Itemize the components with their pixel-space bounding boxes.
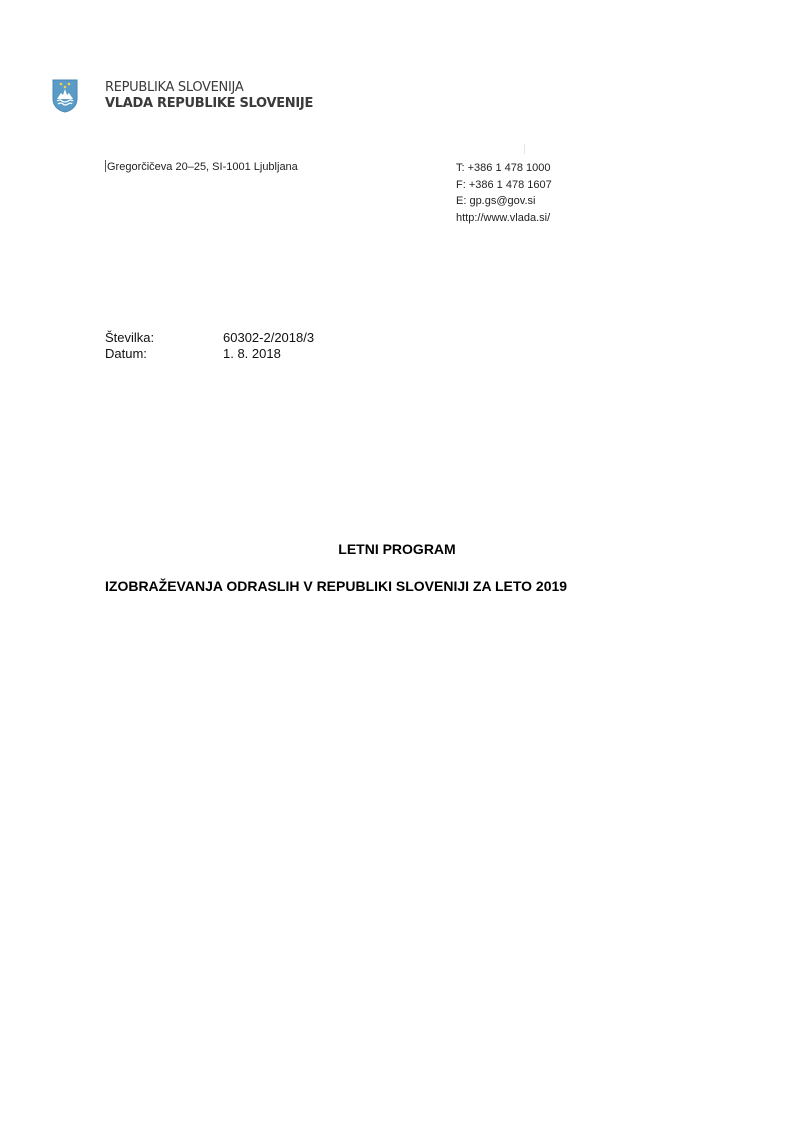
contact-email[interactable]: E: gp.gs@gov.si xyxy=(456,193,552,210)
document-subtitle: IZOBRAŽEVANJA ODRASLIH V REPUBLIKI SLOVE… xyxy=(105,578,567,594)
meta-value: 1. 8. 2018 xyxy=(223,346,281,362)
document-meta: Številka: 60302-2/2018/3 Datum: 1. 8. 20… xyxy=(105,330,314,362)
address-text: Gregorčičeva 20–25, SI-1001 Ljubljana xyxy=(107,161,298,173)
meta-value: 60302-2/2018/3 xyxy=(223,330,314,346)
meta-row-date: Datum: 1. 8. 2018 xyxy=(105,346,314,362)
meta-label: Datum: xyxy=(105,346,223,362)
document-title: LETNI PROGRAM xyxy=(0,541,794,557)
contact-web-link[interactable]: http://www.vlada.si/ xyxy=(456,210,552,227)
meta-row-number: Številka: 60302-2/2018/3 xyxy=(105,330,314,346)
org-line-1: REPUBLIKA SLOVENIJA xyxy=(105,80,313,96)
address: Gregorčičeva 20–25, SI-1001 Ljubljana xyxy=(105,160,298,173)
text-cursor-mark xyxy=(524,144,525,154)
slovenia-coat-of-arms-icon xyxy=(52,79,78,113)
contact-fax: F: +386 1 478 1607 xyxy=(456,177,552,194)
contact-block: T: +386 1 478 1000 F: +386 1 478 1607 E:… xyxy=(456,160,552,226)
text-caret xyxy=(105,160,106,172)
organization-name: REPUBLIKA SLOVENIJA VLADA REPUBLIKE SLOV… xyxy=(105,80,313,112)
org-line-2: VLADA REPUBLIKE SLOVENIJE xyxy=(105,96,313,112)
meta-label: Številka: xyxy=(105,330,223,346)
contact-phone: T: +386 1 478 1000 xyxy=(456,160,552,177)
